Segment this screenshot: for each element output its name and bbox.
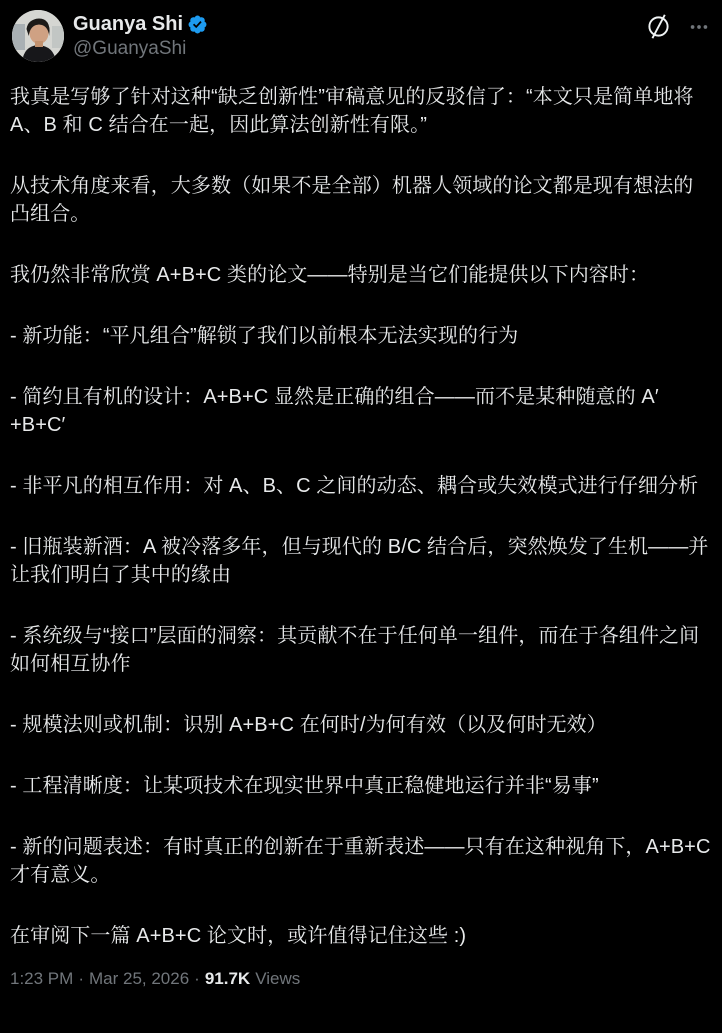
meta-separator: · <box>78 968 84 990</box>
tweet-text: 我真是写够了针对这种“缺乏创新性”审稿意见的反驳信了：“本文只是简单地将 A、B… <box>0 83 722 950</box>
header-actions <box>645 10 710 40</box>
tweet-paragraph: 在审阅下一篇 A+B+C 论文时，或许值得记住这些 :) <box>10 922 712 950</box>
avatar-image <box>12 10 64 62</box>
tweet-detail: Guanya Shi @GuanyaShi <box>0 0 722 990</box>
verified-badge-icon <box>187 14 208 35</box>
views-count: 91.7K <box>205 968 250 990</box>
timestamp[interactable]: 1:23 PM <box>10 968 73 990</box>
user-names: Guanya Shi @GuanyaShi <box>73 10 645 61</box>
more-icon <box>688 16 710 38</box>
tweet-paragraph: - 旧瓶装新酒：A 被冷落多年，但与现代的 B/C 结合后，突然焕发了生机——并… <box>10 533 712 589</box>
grok-icon <box>645 13 672 40</box>
views-label: Views <box>255 968 300 990</box>
tweet-paragraph: 从技术角度来看，大多数（如果不是全部）机器人领域的论文都是现有想法的凸组合。 <box>10 172 712 228</box>
tweet-meta: 1:23 PM · Mar 25, 2026 · 91.7K Views <box>0 968 722 990</box>
tweet-paragraph: - 工程清晰度：让某项技术在现实世界中真正稳健地运行并非“易事” <box>10 772 712 800</box>
meta-separator: · <box>194 968 200 990</box>
user-handle[interactable]: @GuanyaShi <box>73 38 645 61</box>
tweet-paragraph: - 非平凡的相互作用：对 A、B、C 之间的动态、耦合或失效模式进行仔细分析 <box>10 472 712 500</box>
tweet-paragraph: - 简约且有机的设计：A+B+C 显然是正确的组合——而不是某种随意的 A′+B… <box>10 383 712 439</box>
tweet-paragraph: 我仍然非常欣赏 A+B+C 类的论文——特别是当它们能提供以下内容时： <box>10 261 712 289</box>
tweet-paragraph: - 规模法则或机制：识别 A+B+C 在何时/为何有效（以及何时无效） <box>10 711 712 739</box>
tweet-paragraph: 我真是写够了针对这种“缺乏创新性”审稿意见的反驳信了：“本文只是简单地将 A、B… <box>10 83 712 139</box>
grok-button[interactable] <box>645 13 672 40</box>
tweet-paragraph: - 新的问题表述：有时真正的创新在于重新表述——只有在这种视角下，A+B+C 才… <box>10 833 712 889</box>
more-button[interactable] <box>688 16 710 38</box>
avatar[interactable] <box>12 10 64 62</box>
display-name[interactable]: Guanya Shi <box>73 12 183 36</box>
tweet-paragraph: - 系统级与“接口”层面的洞察：其贡献不在于任何单一组件，而在于各组件之间如何相… <box>10 622 712 678</box>
tweet-paragraph: - 新功能：“平凡组合”解锁了我们以前根本无法实现的行为 <box>10 322 712 350</box>
tweet-header: Guanya Shi @GuanyaShi <box>0 10 722 62</box>
date[interactable]: Mar 25, 2026 <box>89 968 189 990</box>
